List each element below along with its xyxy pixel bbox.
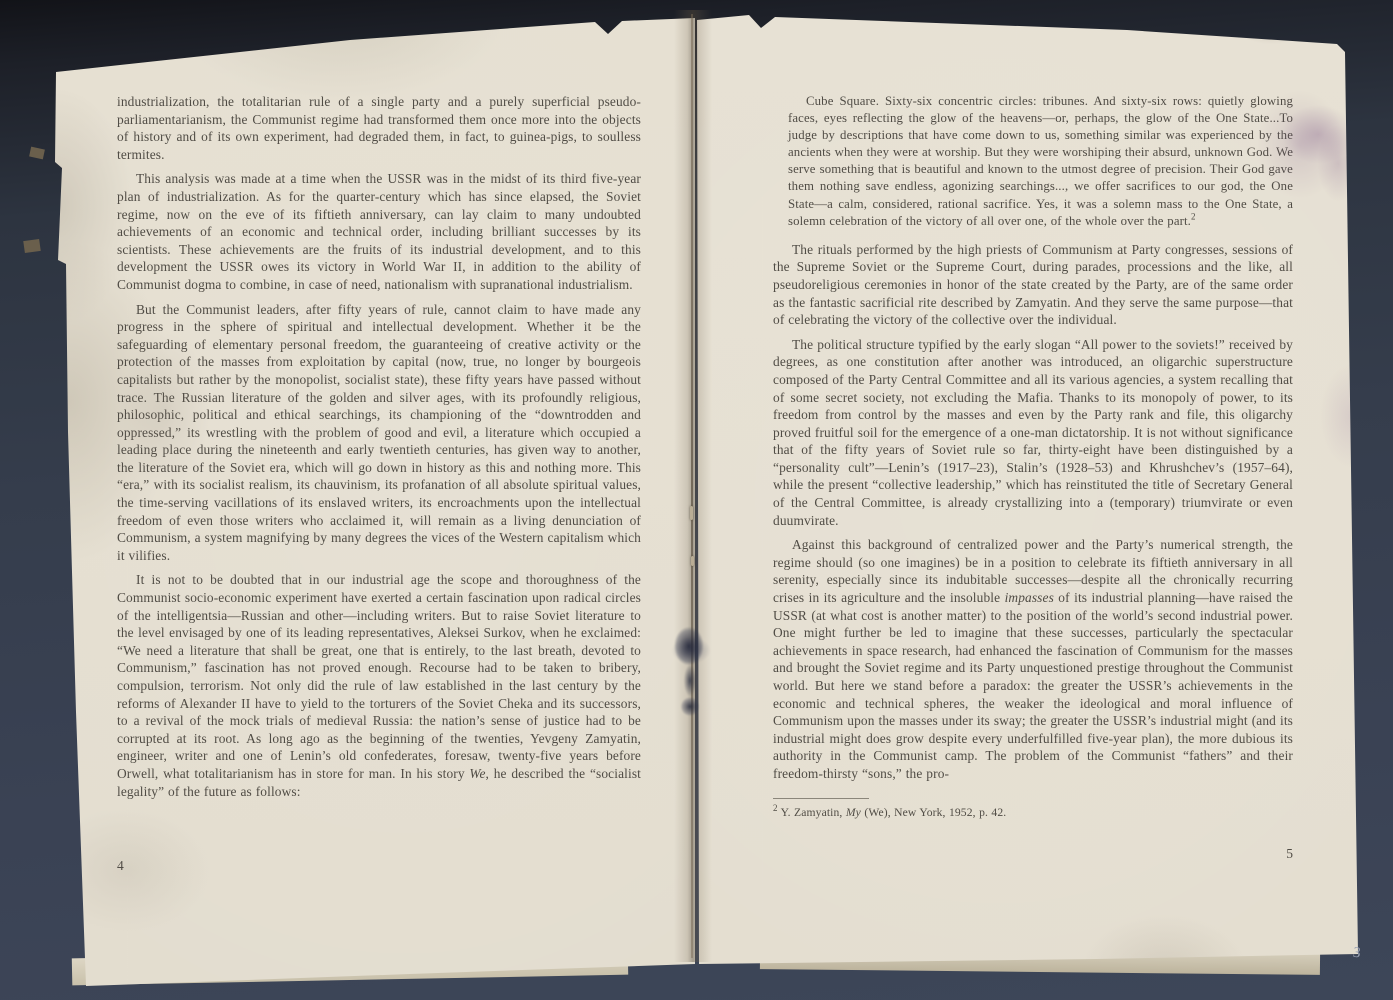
paragraph: industrialization, the totalitarian rule… [117,93,641,163]
paragraph: But the Communist leaders, after fifty y… [117,301,641,565]
page-edge-chip [29,147,45,160]
paragraph: It is not to be doubted that in our indu… [117,571,641,800]
right-text-column: Cube Square. Sixty-six concentric circle… [773,93,1293,820]
footnote-rule [773,798,869,799]
block-quote: Cube Square. Sixty-six concentric circle… [773,93,1293,230]
right-page: Cube Square. Sixty-six concentric circle… [697,8,1365,980]
handwritten-corner-mark: 3 [1352,945,1362,963]
paragraph: This analysis was made at a time when th… [117,170,641,293]
left-text-column: industrialization, the totalitarian rule… [117,93,641,807]
page-edge-chip [23,239,41,253]
paragraph: Against this background of centralized p… [773,536,1293,782]
book-scan: { "colors": { "background": "#353d4c", "… [0,0,1393,1000]
paragraph: The political structure typified by the … [773,336,1293,530]
paragraph: The rituals performed by the high priest… [773,241,1293,329]
gutter-crease [691,14,693,958]
left-page: industrialization, the totalitarian rule… [50,12,695,987]
footnote: 2 Y. Zamyatin, My (We), New York, 1952, … [773,805,1293,820]
page-number-right: 5 [773,846,1293,862]
binding-stitch [690,506,693,520]
binding-stitch [691,556,694,566]
page-number-left: 4 [117,858,124,874]
